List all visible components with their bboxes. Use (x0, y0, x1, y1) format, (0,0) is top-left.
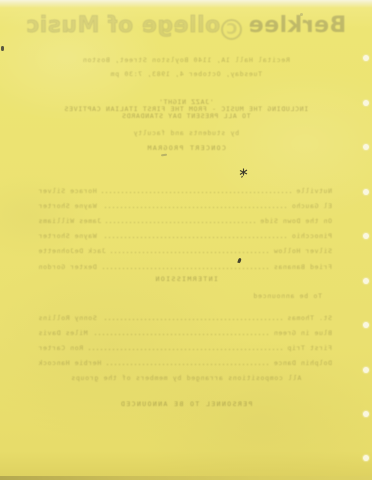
punch-hole (363, 367, 369, 373)
ink-speck (1, 46, 4, 51)
punch-hole (363, 322, 369, 328)
punch-hole (363, 411, 369, 417)
composer-name: Horace Silver (38, 188, 97, 195)
composer-name: Wayne Shorter (38, 233, 97, 240)
program-row: Fried Bananas Dexter Gordon (38, 255, 332, 270)
bleed-through-content: BerkleeCollege of Music Recital Hall 1A,… (0, 0, 372, 480)
punch-hole (363, 100, 369, 106)
piece-title: Fried Bananas (273, 264, 332, 271)
dotted-leader (93, 334, 269, 335)
composer-name: Miles Davis (38, 330, 88, 337)
program-list-first-set: Nutville Horace Silver El Gaucho Wayne S… (38, 179, 332, 270)
composer-name: Wayne Shorter (38, 203, 97, 210)
piece-title: St. Thomas (287, 315, 332, 322)
program-row: St. Thomas Sonny Rollins (38, 306, 332, 321)
piece-title: El Gaucho (291, 203, 332, 210)
dotted-leader (102, 207, 287, 208)
dotted-leader (106, 222, 255, 223)
punch-hole (363, 233, 369, 239)
program-row: Blue in Green Miles Davis (38, 321, 332, 336)
intermission-note: To be announced (253, 292, 322, 300)
program-row: Nutville Horace Silver (38, 179, 332, 194)
berklee-logo: BerkleeCollege of Music (0, 12, 372, 41)
program-row: Silver Hollow Jack DeJohnette (38, 240, 332, 255)
logo-word-berklee: Berklee (248, 13, 346, 38)
datetime-line: Tuesday, October 4, 1983, 7:30 pm (0, 71, 372, 78)
byline: by students and faculty (0, 130, 372, 137)
composer-name: James Williams (38, 218, 101, 225)
asterisk-mark-icon (239, 168, 248, 178)
piece-title: Nutville (296, 188, 332, 195)
dotted-leader (111, 252, 269, 253)
piece-title: Pinocchio (291, 233, 332, 240)
composer-name: Herbie Hancock (38, 360, 101, 367)
composer-name: Sonny Rollins (38, 315, 97, 322)
punch-hole (363, 455, 369, 461)
intermission-heading: INTERMISSION (0, 276, 372, 283)
program-row: On the Down Side James Williams (38, 209, 332, 224)
logo-college-of-music: ollege of Music (26, 13, 221, 38)
program-list-second-set: St. Thomas Sonny Rollins Blue in Green M… (38, 306, 332, 367)
piece-title: On the Down Side (260, 218, 332, 225)
scanned-program-page: BerkleeCollege of Music Recital Hall 1A,… (0, 0, 372, 480)
section-heading: CONCERT PROGRAM (0, 145, 372, 152)
dotted-leader (102, 192, 291, 193)
dotted-leader (106, 364, 268, 365)
composer-name: Dexter Gordon (38, 264, 97, 271)
scan-edge-bottom (0, 476, 372, 480)
venue-line: Recital Hall 1A, 1140 Boylston Street, B… (0, 57, 372, 64)
piece-title: Dolphin Dance (273, 360, 332, 367)
punch-hole (363, 278, 369, 284)
dotted-leader (88, 349, 282, 350)
scan-dust-dot (300, 13, 303, 16)
footer-line-1: All compositions arranged by members of … (0, 375, 372, 382)
punch-hole (363, 55, 369, 61)
composer-name: Jack DeJohnette (38, 248, 106, 255)
piece-title: First Trip (287, 345, 332, 352)
ink-speck-asterisk (239, 163, 248, 182)
footer-line-2: PERSONNEL TO BE ANNOUNCED (0, 401, 372, 408)
composer-name: Ron Carter (38, 345, 83, 352)
logo-ring-c: C (221, 19, 242, 40)
program-row: Dolphin Dance Herbie Hancock (38, 352, 332, 367)
dotted-leader (102, 319, 282, 320)
punch-hole (363, 189, 369, 195)
title-line-3: TO ALL PRESENT DAY STANDARDS (0, 113, 372, 120)
punch-hole (363, 144, 369, 150)
piece-title: Blue in Green (273, 330, 332, 337)
program-row: First Trip Ron Carter (38, 336, 332, 351)
program-row: El Gaucho Wayne Shorter (38, 194, 332, 209)
dotted-leader (102, 237, 287, 238)
dotted-leader (102, 268, 269, 269)
piece-title: Silver Hollow (273, 248, 332, 255)
program-row: Pinocchio Wayne Shorter (38, 225, 332, 240)
